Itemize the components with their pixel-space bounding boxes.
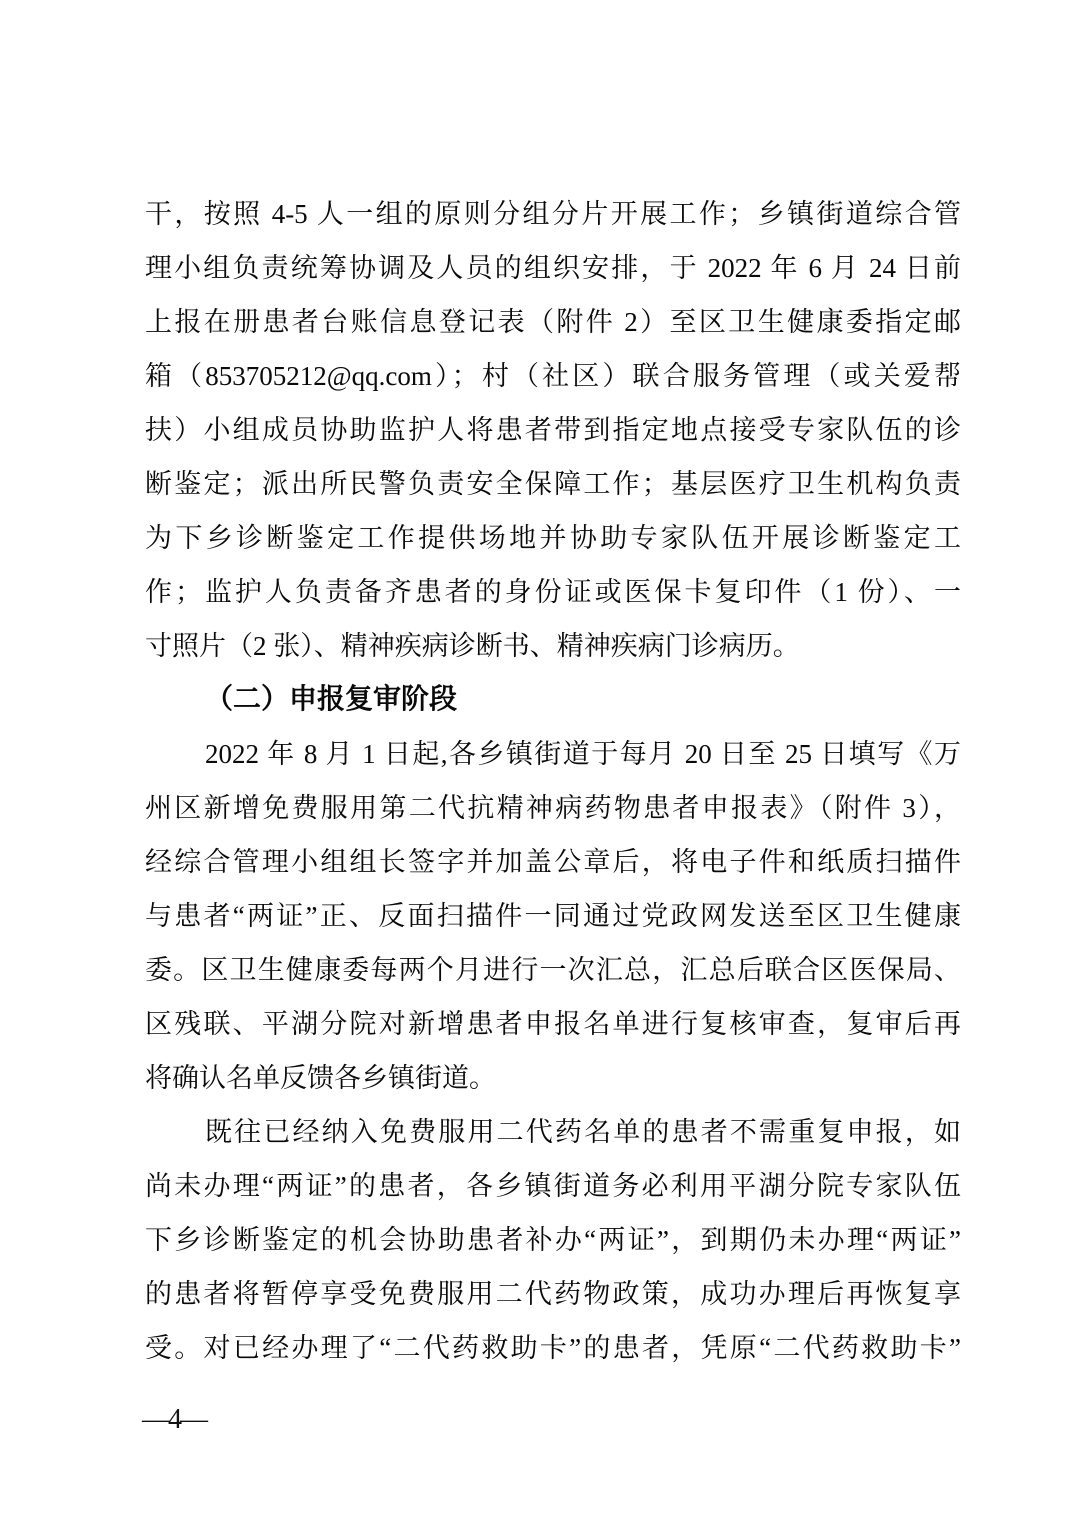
text-line: 将确认名单反馈各乡镇街道。: [145, 1051, 961, 1105]
text-line: 经综合管理小组组长签字并加盖公章后，将电子件和纸质扫描件: [145, 835, 961, 889]
page-number: —4—: [142, 1400, 206, 1440]
text-line: 上报在册患者台账信息登记表（附件 2）至区卫生健康委指定邮: [145, 295, 961, 349]
text-line: 箱（853705212@qq.com）；村（社区）联合服务管理（或关爱帮: [145, 349, 961, 403]
text-line: 干，按照 4-5 人一组的原则分组分片开展工作；乡镇街道综合管: [145, 187, 961, 241]
document-body: 干，按照 4-5 人一组的原则分组分片开展工作；乡镇街道综合管理小组负责统筹协调…: [145, 187, 961, 1375]
text-line: 下乡诊断鉴定的机会协助患者补办“两证”，到期仍未办理“两证”: [145, 1213, 961, 1267]
text-line: 州区新增免费服用第二代抗精神病药物患者申报表》（附件 3），: [145, 781, 961, 835]
text-line: 区残联、平湖分院对新增患者申报名单进行复核审查，复审后再: [145, 997, 961, 1051]
text-line: 的患者将暂停享受免费服用二代药物政策，成功办理后再恢复享: [145, 1267, 961, 1321]
document-page: 干，按照 4-5 人一组的原则分组分片开展工作；乡镇街道综合管理小组负责统筹协调…: [0, 0, 1074, 1520]
text-line: 与患者“两证”正、反面扫描件一同通过党政网发送至区卫生健康: [145, 889, 961, 943]
text-line: 作；监护人负责备齐患者的身份证或医保卡复印件（1 份）、一: [145, 565, 961, 619]
text-line: 理小组负责统筹协调及人员的组织安排，于 2022 年 6 月 24 日前: [145, 241, 961, 295]
text-line: 断鉴定；派出所民警负责安全保障工作；基层医疗卫生机构负责: [145, 457, 961, 511]
text-line: 寸照片（2 张）、精神疾病诊断书、精神疾病门诊病历。: [145, 619, 961, 673]
text-line: 既往已经纳入免费服用二代药名单的患者不需重复申报，如: [145, 1105, 961, 1159]
text-line: 为下乡诊断鉴定工作提供场地并协助专家队伍开展诊断鉴定工: [145, 511, 961, 565]
text-line: 扶）小组成员协助监护人将患者带到指定地点接受专家队伍的诊: [145, 403, 961, 457]
text-line: 2022 年 8 月 1 日起,各乡镇街道于每月 20 日至 25 日填写《万: [145, 727, 961, 781]
text-line: 委。区卫生健康委每两个月进行一次汇总，汇总后联合区医保局、: [145, 943, 961, 997]
text-line: 受。对已经办理了“二代药救助卡”的患者，凭原“二代药救助卡”: [145, 1321, 961, 1375]
section-heading: （二）申报复审阶段: [145, 673, 961, 727]
text-line: 尚未办理“两证”的患者，各乡镇街道务必利用平湖分院专家队伍: [145, 1159, 961, 1213]
